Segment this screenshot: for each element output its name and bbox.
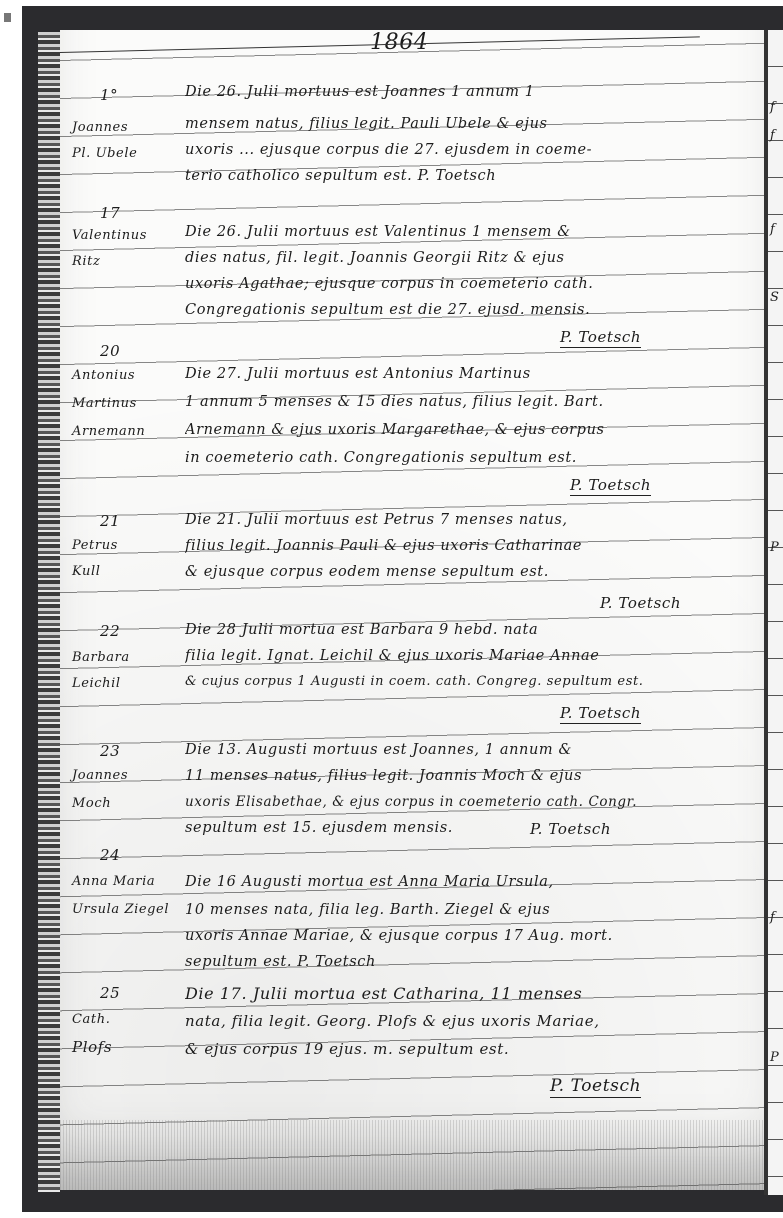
facing-page-fragment: f	[770, 100, 775, 115]
priest-signature: P. Toetsch	[530, 820, 611, 838]
margin-name: Martinus	[72, 396, 182, 411]
book-spine-edge	[38, 32, 60, 1192]
facing-page-fragment: P	[770, 540, 779, 555]
entry-line: dies natus, fil. legit. Joannis Georgii …	[185, 250, 755, 266]
priest-signature: P. Toetsch	[560, 704, 641, 722]
facing-page-strip	[768, 30, 783, 1195]
facing-page-fragment: S	[770, 290, 779, 305]
entry-line: Die 28 Julii mortua est Barbara 9 hebd. …	[185, 622, 755, 638]
priest-signature: P. Toetsch	[550, 1076, 641, 1096]
entry-line: Arnemann & ejus uxoris Margarethae, & ej…	[185, 422, 755, 438]
margin-name: Kull	[72, 564, 182, 579]
entry-line: 10 menses nata, filia leg. Barth. Ziegel…	[185, 902, 755, 918]
entry-line: & ejus corpus 19 ejus. m. sepultum est.	[185, 1040, 755, 1058]
margin-name: Leichil	[72, 676, 182, 691]
entry-line: Die 27. Julii mortuus est Antonius Marti…	[185, 366, 755, 382]
margin-name: Ursula Ziegel	[72, 902, 182, 917]
entry-line: & cujus corpus 1 Augusti in coem. cath. …	[185, 674, 755, 689]
entry-number: 25	[100, 984, 120, 1002]
entry-line: nata, filia legit. Georg. Plofs & ejus u…	[185, 1012, 755, 1030]
facing-page-fragment: P	[770, 1050, 779, 1065]
margin-name: Moch	[72, 796, 182, 811]
entry-line: mensem natus, filius legit. Pauli Ubele …	[185, 116, 755, 132]
margin-name: Cath.	[72, 1012, 182, 1027]
entry-line: filius legit. Joannis Pauli & ejus uxori…	[185, 538, 755, 554]
facing-page-fragment: f	[770, 910, 775, 925]
entry-line: 11 menses natus, filius legit. Joannis M…	[185, 768, 755, 784]
facing-page-fragment: f	[770, 128, 775, 143]
margin-name: Antonius	[72, 368, 182, 383]
entry-number: 20	[100, 342, 120, 360]
priest-signature: P. Toetsch	[600, 594, 681, 612]
entry-line: Die 17. Julii mortua est Catharina, 11 m…	[185, 984, 755, 1003]
margin-name: Anna Maria	[72, 874, 182, 889]
entry-line: uxoris Agathae; ejusque corpus in coemet…	[185, 276, 755, 292]
entry-line: sepultum est. P. Toetsch	[185, 954, 755, 970]
margin-name: Ritz	[72, 254, 182, 269]
entry-line: Die 16 Augusti mortua est Anna Maria Urs…	[185, 874, 755, 890]
margin-name: Joannes	[72, 120, 182, 135]
entry-number: 22	[100, 622, 120, 640]
entry-line: sepultum est 15. ejusdem mensis.	[185, 820, 485, 836]
entry-number: 23	[100, 742, 120, 760]
scan-marker	[4, 13, 11, 22]
entry-line: Die 21. Julii mortuus est Petrus 7 mense…	[185, 512, 755, 528]
entry-number: 21	[100, 512, 120, 530]
margin-name: Barbara	[72, 650, 182, 665]
facing-page-fragment: f	[770, 222, 775, 237]
margin-name: Petrus	[72, 538, 182, 553]
entry-line: Die 26. Julii mortuus est Joannes 1 annu…	[185, 84, 755, 100]
entry-line: Die 26. Julii mortuus est Valentinus 1 m…	[185, 224, 755, 240]
margin-name: Pl. Ubele	[72, 146, 182, 161]
entry-line: uxoris Annae Mariae, & ejusque corpus 17…	[185, 928, 755, 944]
entry-number: 1°	[100, 86, 118, 104]
entry-number: 24	[100, 846, 120, 864]
entry-line: terio catholico sepultum est. P. Toetsch	[185, 168, 755, 184]
entry-line: filia legit. Ignat. Leichil & ejus uxori…	[185, 648, 755, 664]
entry-number: 17	[100, 204, 120, 222]
margin-name: Joannes	[72, 768, 182, 783]
entry-line: Congregationis sepultum est die 27. ejus…	[185, 302, 755, 318]
page-bottom-noise	[60, 1120, 766, 1190]
entry-line: uxoris Elisabethae, & ejus corpus in coe…	[185, 794, 755, 810]
entry-line: Die 13. Augusti mortuus est Joannes, 1 a…	[185, 742, 755, 758]
entry-line: in coemeterio cath. Congregationis sepul…	[185, 450, 755, 466]
entry-line: 1 annum 5 menses & 15 dies natus, filius…	[185, 394, 755, 410]
margin-name: Plofs	[72, 1038, 182, 1056]
priest-signature: P. Toetsch	[560, 328, 641, 346]
margin-name: Valentinus	[72, 228, 182, 243]
margin-name: Arnemann	[72, 424, 182, 439]
entry-line: & ejusque corpus eodem mense sepultum es…	[185, 564, 755, 580]
entry-line: uxoris ... ejusque corpus die 27. ejusde…	[185, 142, 755, 158]
priest-signature: P. Toetsch	[570, 476, 651, 494]
